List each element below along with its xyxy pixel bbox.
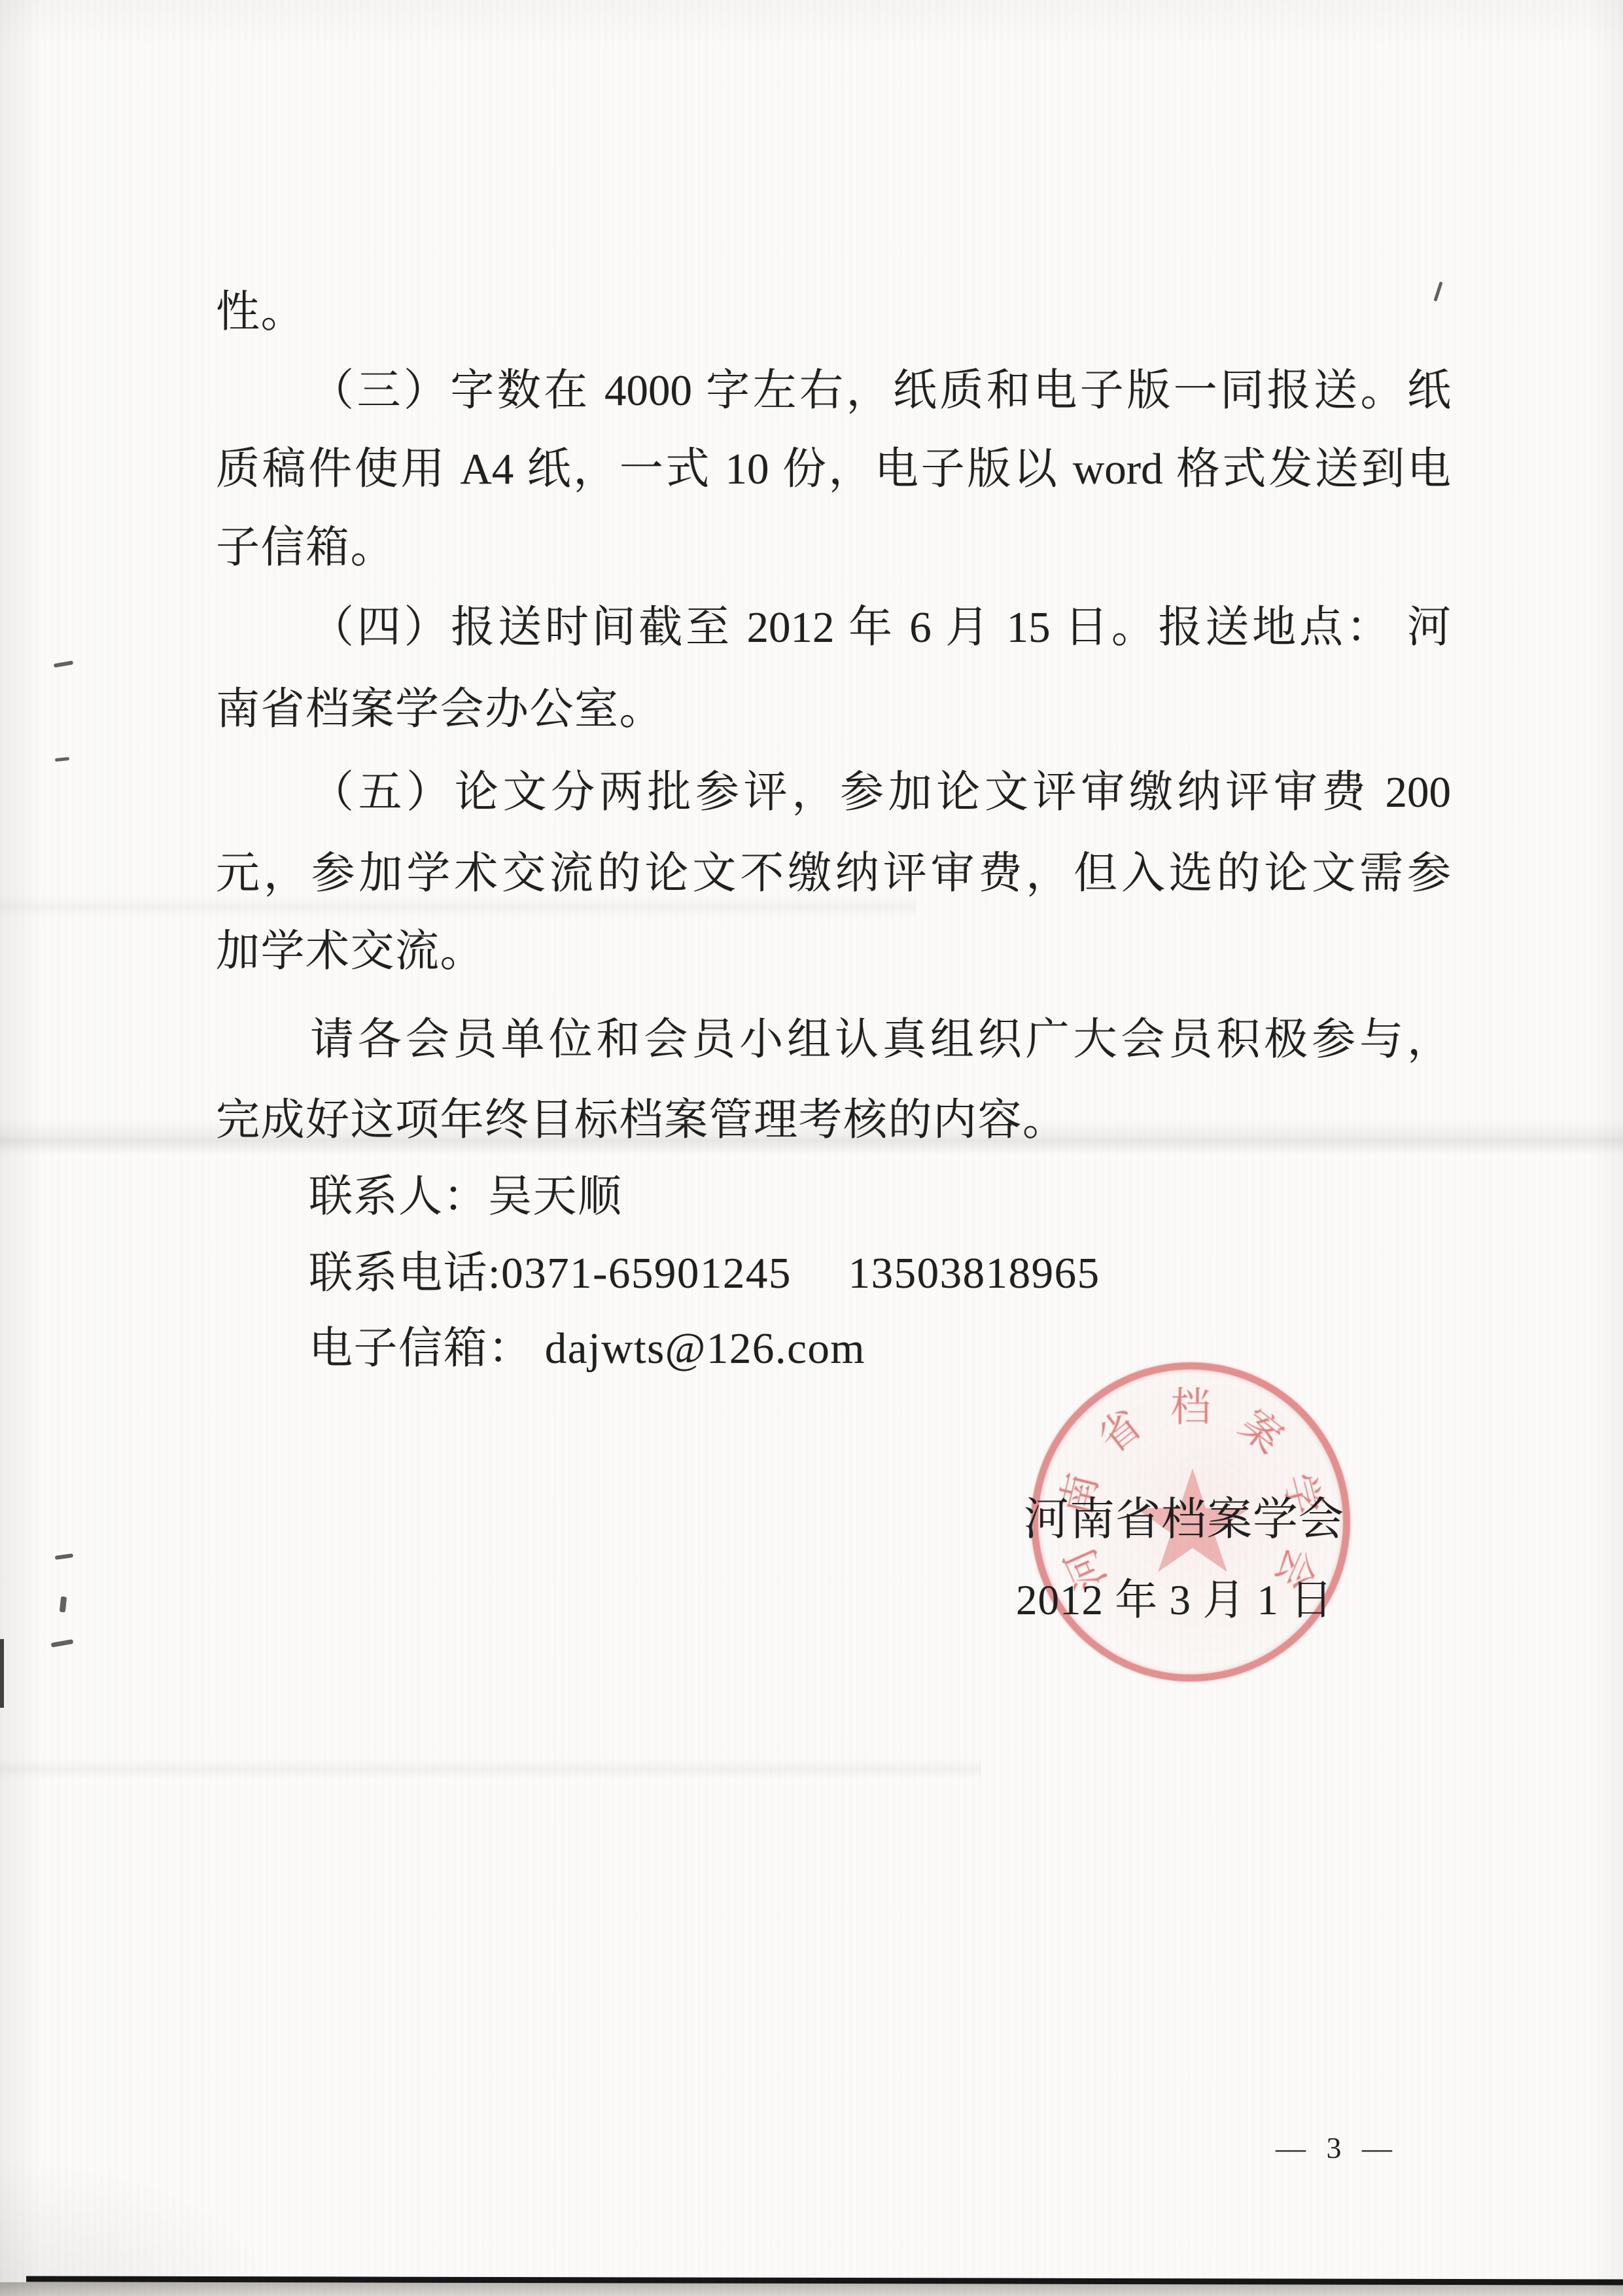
- page-number: — 3 —: [1276, 2130, 1399, 2165]
- body-line: （四）报送时间截至 2012 年 6 月 15 日。报送地点： 河: [310, 603, 1451, 652]
- scan-artifact-mark: [1433, 281, 1442, 302]
- body-line: 元，参加学术交流的论文不缴纳评审费，但入选的论文需参: [216, 849, 1451, 898]
- contact-email-line: 电子信箱： dajwts@126.com: [309, 1324, 865, 1373]
- body-line: （五）论文分两批参评，参加论文评审缴纳评审费 200: [310, 768, 1451, 817]
- body-line: 南省档案学会办公室。: [216, 685, 664, 734]
- contact-person-line: 联系人：吴天顺: [309, 1173, 623, 1222]
- body-line: 性。: [216, 288, 305, 337]
- body-line: 子信箱。: [216, 523, 395, 573]
- scan-artifact-mark: [55, 1553, 74, 1560]
- scanned-document-page: 河 南 省 档 案 学 会 性。 （三）字数在 4000 字左右，纸质和电子版一…: [0, 0, 1623, 2296]
- body-line: 完成好这项年终目标档案管理考核的内容。: [216, 1096, 1068, 1145]
- fold-crease: [0, 1759, 981, 1778]
- scan-artifact-mark: [54, 660, 74, 667]
- scan-artifact-mark: [60, 1597, 67, 1613]
- signature-date: 2012 年 3 月 1 日: [1016, 1565, 1333, 1627]
- fold-crease: [0, 895, 916, 917]
- contact-phone-line: 联系电话:0371-65901245 13503818965: [309, 1249, 1100, 1298]
- seal-arc-char: 档: [1170, 1375, 1211, 1433]
- body-line: 加学术交流。: [216, 927, 485, 976]
- body-line: 请各会员单位和会员小组认真组织广大会员积极参与，: [310, 1016, 1451, 1065]
- scan-artifact-mark: [55, 757, 69, 762]
- scan-artifact-mark: [0, 1639, 4, 1708]
- scan-artifact-mark: [51, 1639, 74, 1648]
- signature-org: 河南省档案学会: [1024, 1483, 1344, 1547]
- body-line: 质稿件使用 A4 纸，一式 10 份，电子版以 word 格式发送到电: [216, 445, 1451, 494]
- body-line: （三）字数在 4000 字左右，纸质和电子版一同报送。纸: [310, 366, 1451, 415]
